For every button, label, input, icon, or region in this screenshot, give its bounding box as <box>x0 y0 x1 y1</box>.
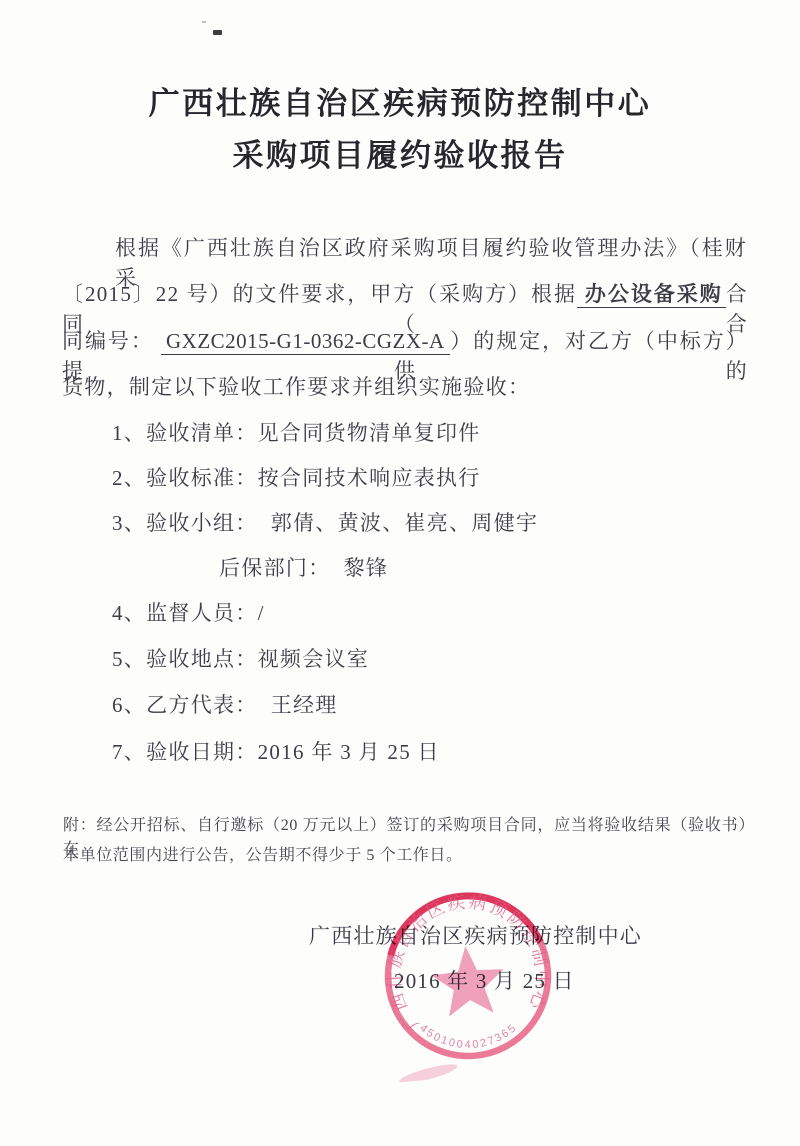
scan-speck <box>213 30 222 35</box>
contract-number-underlined: GXZC2015-G1-0362-CGZX-A <box>161 329 450 355</box>
list-item-4-supervisor: 4、监督人员：/ <box>112 598 265 628</box>
list-item-6-party-b-rep: 6、乙方代表： 王经理 <box>112 690 338 720</box>
document-title-line2: 采购项目履约验收报告 <box>0 136 800 176</box>
contract-name-underlined: 办公设备采购 <box>577 282 726 308</box>
scan-speck <box>202 21 206 23</box>
list-item-3-acceptance-team: 3、验收小组： 郭倩、黄波、崔亮、周健宇 <box>112 508 538 538</box>
scanned-document-page: 广西壮族自治区疾病预防控制中心 采购项目履约验收报告 根据《广西壮族自治区政府采… <box>0 0 800 1146</box>
list-item-5-location: 5、验收地点：视频会议室 <box>112 644 369 674</box>
official-seal-stamp-icon: 广西壮族自治区疾病预防控制中心 4501004027365 <box>360 868 577 1085</box>
list-item-2-acceptance-standard: 2、验收标准：按合同技术响应表执行 <box>112 463 481 493</box>
stamp-star-icon <box>429 943 507 1018</box>
list-item-7-acceptance-date: 7、验收日期：2016 年 3 月 25 日 <box>112 737 440 767</box>
list-item-1-acceptance-list: 1、验收清单：见合同货物清单复印件 <box>112 418 481 448</box>
document-title-line1: 广西壮族自治区疾病预防控制中心 <box>0 84 800 124</box>
paragraph-line-2-text: 〔2015〕22 号）的文件要求，甲方（采购方）根据 <box>62 282 577 306</box>
stamp-ink-smudge <box>398 1061 459 1085</box>
paragraph-line-3-text: 同编号： <box>62 329 161 353</box>
appendix-note-line-2: 本单位范围内进行公告，公告期不得少于 5 个工作日。 <box>63 844 463 868</box>
list-subitem-logistics-dept: 后保部门： 黎锋 <box>219 553 388 583</box>
paragraph-line-4: 货物，制定以下验收工作要求并组织实施验收： <box>62 372 530 402</box>
